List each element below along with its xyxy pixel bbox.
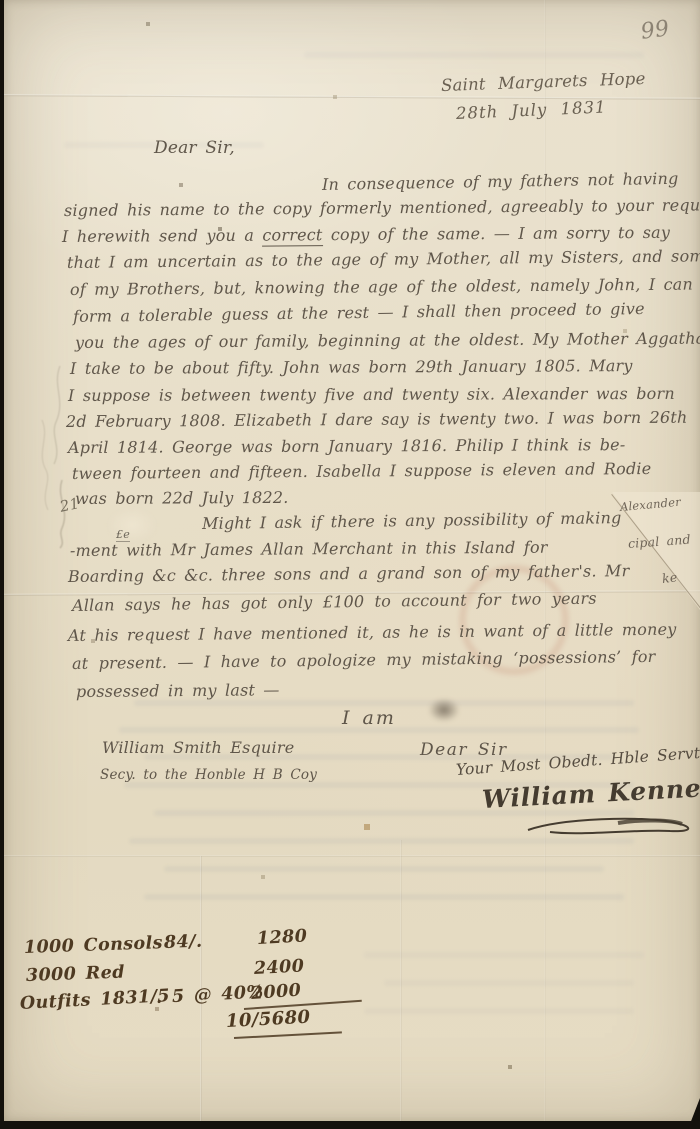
place-line: Saint Margarets Hope [441,69,646,95]
letter-line: form a tolerable guess at the rest — I s… [73,299,645,326]
letter-line: signed his name to the copy formerly men… [64,195,700,220]
flourish-stroke [618,820,682,824]
date-line: 28th July 1831 [456,97,607,123]
signature: William Kennedy [481,772,700,814]
closing-dear-sir: Dear Sir [420,740,508,760]
paper-sheet: 99 21 £e Saint Margarets Hope 28th July … [4,0,700,1121]
account-item: 3000 Red [26,963,126,986]
letter-line: tween fourteen and fifteen. Isabella I s… [72,459,652,483]
letter-line: Might I ask if there is any possibility … [202,508,622,533]
scribble-stroke [42,420,48,510]
letter-line: -ment with Mr James Allan Merchant in th… [70,538,548,560]
letter-scan: 99 21 £e Saint Margarets Hope 28th July … [0,0,700,1129]
letter-line: possessed in my last — [76,680,280,701]
scan-edge-bottom [0,1121,700,1129]
letter-line: In consequence of my fathers not having [322,169,679,194]
showthrough-line [364,1008,634,1014]
letter-line: you the ages of our family, beginning at… [75,329,700,352]
addressee-name: William Smith Esquire [102,738,294,757]
scan-edge-left [0,0,4,1129]
account-total: 10/5680 [225,1007,311,1032]
letter-line: of my Brothers, but, knowing the age of … [70,275,693,299]
account-amount: 2000 [250,981,302,1004]
underlined-word: correct [262,225,322,246]
account-rate: . 5 @ 40% [155,982,264,1008]
fold-crease-horizontal-lower [4,855,700,857]
showthrough-line [384,980,634,986]
signature-flourish [522,814,698,840]
account-rate: 84/. [164,932,203,953]
showthrough-line [134,700,634,706]
account-amount: 2400 [253,956,304,979]
letter-line-segment: copy of the same. — I am sorry to say [322,223,670,244]
scribble-stroke [54,366,60,464]
letter-line: April 1814. George was born January 1816… [68,435,626,457]
paper-speckles [4,0,6,2]
letter-line: I suppose is between twenty five and twe… [68,384,675,405]
account-item: 1000 Consols [24,933,164,958]
addressee-title: Secy. to the Honble H B Coy [100,767,317,783]
letter-line: was born 22d July 1822. [75,488,289,508]
folio-number: 99 [639,16,671,45]
margin-note: ke [661,569,678,586]
letter-line: at present. — I have to apologize my mis… [72,647,656,673]
total-underline [234,1031,342,1038]
showthrough-line [364,952,644,958]
letter-line: I take to be about fifty. John was born … [70,356,633,378]
showthrough-line [164,866,604,872]
account-item: Outfits 1831/5 [19,986,170,1014]
closing-i-am: I am [342,707,396,729]
letter-line: I herewith send you a correct copy of th… [62,223,670,246]
showthrough-line [304,52,644,58]
showthrough-line [144,894,624,900]
salutation: Dear Sir, [154,138,235,158]
letter-line: that I am uncertain as to the age of my … [67,246,700,272]
ink-smudge [428,698,460,722]
letter-line: At his request I have mentioned it, as h… [68,620,677,645]
letter-line: 2d February 1808. Elizabeth I dare say i… [66,408,688,431]
account-amount: 1280 [256,926,307,949]
letter-line-segment: I herewith send you a [62,226,262,246]
